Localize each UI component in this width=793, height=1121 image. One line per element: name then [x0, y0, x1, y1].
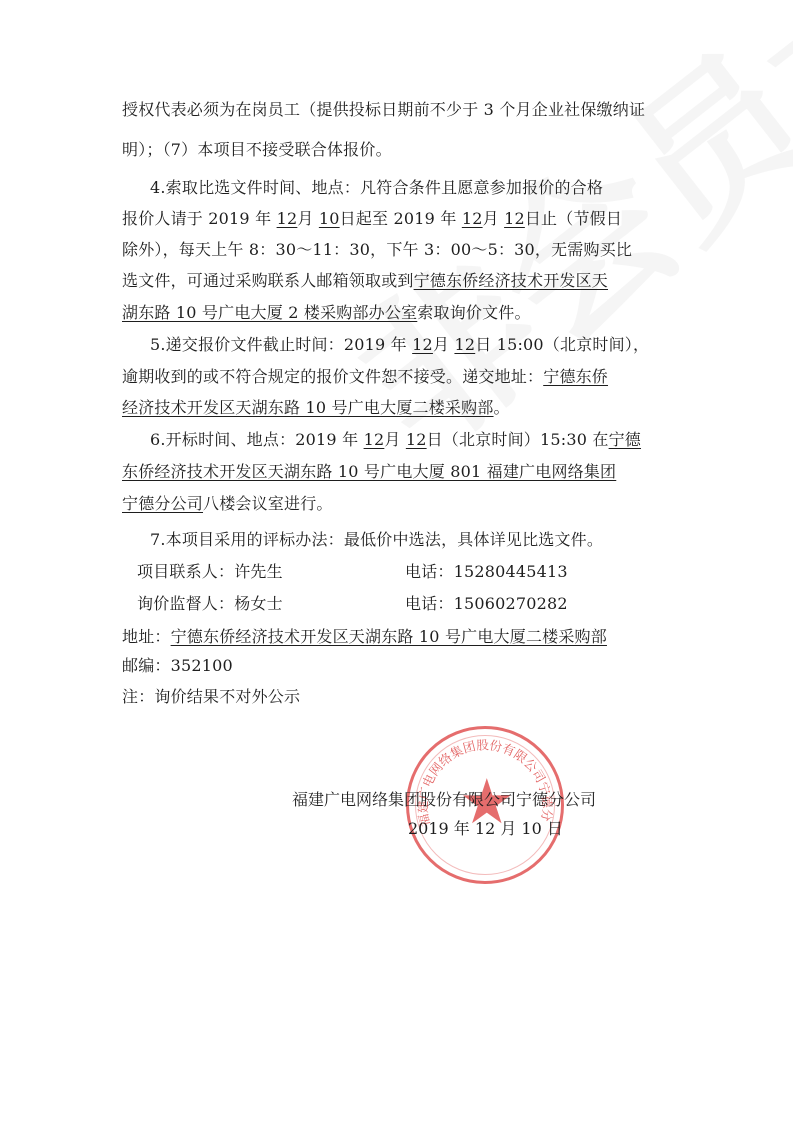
item4-line-2: 报价人请于 2019 年 12月 10日起至 2019 年 12月 12日止（节… — [122, 209, 682, 229]
item4-day-end: 12 — [504, 209, 525, 228]
item5-text: 5.递交报价文件截止时间：2019 年 — [150, 335, 407, 354]
contact-row: 项目联系人：许先生 电话：15280445413 — [137, 562, 697, 582]
item4-month-end: 12 — [462, 209, 483, 228]
item6-location: 宁德分公司 — [122, 494, 203, 513]
item4-text: 日起至 2019 年 — [340, 209, 457, 228]
contact-role: 询价监督人：杨女士 — [137, 594, 283, 613]
item5-line-1: 5.递交报价文件截止时间：2019 年 12月 12日 15:00（北京时间）， — [150, 335, 710, 355]
intro-line-1: 授权代表必须为在岗员工（提供投标日期前不少于 3 个月企业社保缴纳证 — [122, 100, 682, 120]
item4-text: 月 — [483, 209, 499, 228]
item6-text: 八楼会议室进行。 — [203, 494, 333, 513]
svg-text:福建广电网络集团股份有限公司宁德分公司: 福建广电网络集团股份有限公司宁德分公司 — [409, 729, 555, 828]
signature-date: 2019 年 12 月 10 日 — [408, 819, 563, 839]
item4-line-5: 湖东路 10 号广电大厦 2 楼采购部办公室索取询价文件。 — [122, 303, 682, 323]
item4-address: 宁德东侨经济技术开发区天 — [414, 271, 608, 290]
item4-text: 月 — [297, 209, 313, 228]
item6-line-1: 6.开标时间、地点：2019 年 12月 12日（北京时间）15:30 在宁德 — [150, 430, 710, 450]
item4-text: 日止（节假日 — [525, 209, 622, 228]
item4-line-3: 除外），每天上午 8：30～11：30，下午 3：00～5：30，无需购买比 — [122, 240, 682, 260]
contact-phone: 电话：15280445413 — [405, 562, 568, 582]
item5-line-2: 逾期收到的或不符合规定的报价文件恕不接受。递交地址：宁德东侨 — [122, 367, 682, 387]
item5-address: 经济技术开发区天湖东路 10 号广电大厦二楼采购部 — [122, 398, 494, 417]
address-value: 宁德东侨经济技术开发区天湖东路 10 号广电大厦二楼采购部 — [171, 627, 607, 646]
item6-line-2: 东侨经济技术开发区天湖东路 10 号广电大厦 801 福建广电网络集团 — [122, 462, 682, 482]
item5-line-3: 经济技术开发区天湖东路 10 号广电大厦二楼采购部。 — [122, 398, 682, 418]
contact-phone: 电话：15060270282 — [405, 594, 568, 614]
item5-day: 12 — [454, 335, 475, 354]
item6-text: 月 — [384, 430, 400, 449]
intro-line-2: 明）；（7）本项目不接受联合体报价。 — [122, 140, 682, 160]
address-label: 地址： — [122, 627, 171, 646]
item4-day-start: 10 — [319, 209, 340, 228]
item6-day: 12 — [406, 430, 427, 449]
item6-location: 东侨经济技术开发区天湖东路 10 号广电大厦 801 福建广电网络集团 — [122, 462, 616, 481]
contact-role: 项目联系人：许先生 — [137, 562, 283, 581]
contact-row: 询价监督人：杨女士 电话：15060270282 — [137, 594, 697, 614]
item4-address: 湖东路 10 号广电大厦 2 楼采购部办公室 — [122, 303, 417, 322]
item6-location: 宁德 — [609, 430, 641, 449]
signature-company: 福建广电网络集团股份有限公司宁德分公司 — [292, 790, 596, 810]
item4-line-4: 选文件，可通过采购联系人邮箱领取或到宁德东侨经济技术开发区天 — [122, 271, 682, 291]
item4-text: 索取询价文件。 — [417, 303, 530, 322]
item4-text: 报价人请于 2019 年 — [122, 209, 271, 228]
item6-line-3: 宁德分公司八楼会议室进行。 — [122, 494, 682, 514]
item4-text: 选文件，可通过采购联系人邮箱领取或到 — [122, 271, 414, 290]
item5-month: 12 — [412, 335, 433, 354]
item5-text: 逾期收到的或不符合规定的报价文件恕不接受。递交地址： — [122, 367, 543, 386]
item5-text: 月 — [433, 335, 449, 354]
item5-text: 日 15:00（北京时间）， — [475, 335, 649, 354]
item6-text: 日（北京时间）15:30 在 — [427, 430, 609, 449]
note-line: 注：询价结果不对外公示 — [122, 687, 682, 707]
item6-text: 6.开标时间、地点：2019 年 — [150, 430, 358, 449]
item5-address: 宁德东侨 — [543, 367, 608, 386]
item4-month-start: 12 — [277, 209, 298, 228]
item6-month: 12 — [364, 430, 385, 449]
item5-text: 。 — [494, 398, 510, 417]
item7-line-1: 7.本项目采用的评标办法：最低价中选法，具体详见比选文件。 — [150, 530, 710, 550]
item4-line-1: 4.索取比选文件时间、地点：凡符合条件且愿意参加报价的合格 — [150, 178, 710, 198]
address-line: 地址：宁德东侨经济技术开发区天湖东路 10 号广电大厦二楼采购部 — [122, 627, 682, 647]
postcode-line: 邮编：352100 — [122, 656, 682, 676]
